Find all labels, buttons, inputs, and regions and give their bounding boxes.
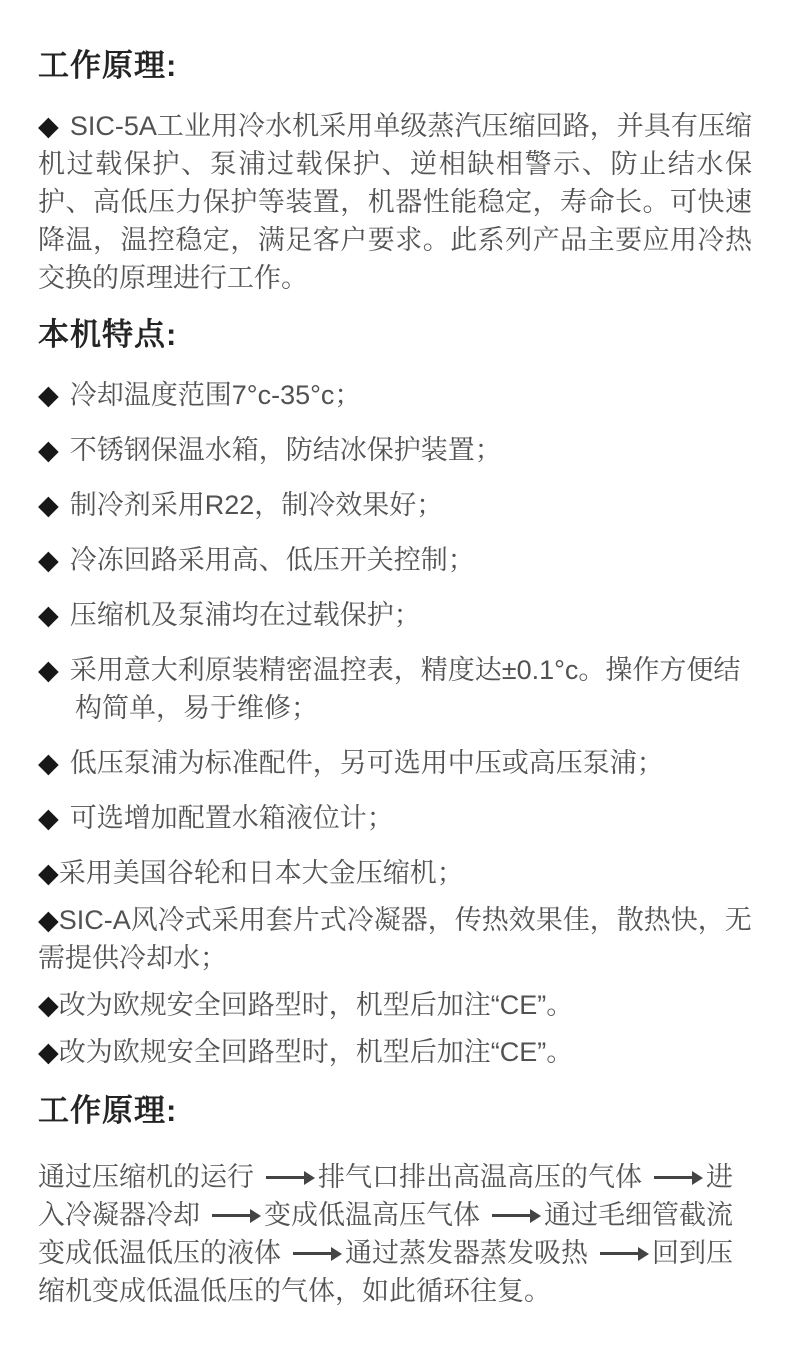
feature-text: 压缩机及泵浦均在过载保护； — [70, 600, 421, 630]
diamond-bullet-icon: ◆ — [38, 1037, 59, 1067]
section-heading-working-principle: 工作原理: — [38, 46, 752, 86]
diamond-bullet-icon: ◆ — [38, 803, 59, 833]
feature-item: ◆压缩机及泵浦均在过载保护； — [38, 596, 752, 634]
diamond-bullet-icon: ◆ — [38, 490, 59, 520]
right-arrow-icon — [492, 1214, 532, 1217]
diamond-bullet-icon: ◆ — [38, 990, 59, 1020]
features-list: ◆冷却温度范围7°c-35°c； ◆不锈钢保温水箱，防结冰保护装置； ◆制冷剂采… — [38, 376, 752, 1071]
diamond-bullet-icon: ◆ — [38, 905, 59, 935]
feature-text: 冷冻回路采用高、低压开关控制； — [70, 545, 475, 575]
section-heading-features: 本机特点: — [38, 315, 752, 355]
right-arrow-icon — [266, 1176, 306, 1179]
feature-item: ◆冷却温度范围7°c-35°c； — [38, 376, 752, 414]
feature-text: 采用意大利原装精密温控表，精度达±0.1°c。操作方便结构简单，易于维修； — [70, 655, 741, 723]
right-arrow-icon — [654, 1176, 694, 1179]
flow-step: 通过压缩机的运行 — [38, 1162, 254, 1192]
flow-step: 变成低温高压气体 — [264, 1200, 480, 1230]
flow-step: 排气口排出高温高压的气体 — [318, 1162, 642, 1192]
feature-item: ◆改为欧规安全回路型时，机型后加注“CE”。 — [38, 986, 752, 1024]
feature-item: ◆不锈钢保温水箱，防结冰保护装置； — [38, 431, 752, 469]
right-arrow-icon — [212, 1214, 252, 1217]
feature-text: 冷却温度范围7°c-35°c； — [70, 380, 362, 410]
feature-text: 不锈钢保温水箱，防结冰保护装置； — [70, 435, 502, 465]
product-description-page: 工作原理: ◆SIC-5A工业用冷水机采用单级蒸汽压缩回路，并具有压缩机过载保护… — [0, 0, 790, 1345]
working-principle-text: SIC-5A工业用冷水机采用单级蒸汽压缩回路，并具有压缩机过载保护、泵浦过载保护… — [38, 111, 752, 293]
feature-item: ◆改为欧规安全回路型时，机型后加注“CE”。 — [38, 1033, 752, 1071]
feature-item: ◆低压泵浦为标准配件，另可选用中压或高压泵浦； — [38, 744, 752, 782]
diamond-bullet-icon: ◆ — [38, 545, 59, 575]
feature-text: 采用美国谷轮和日本大金压缩机； — [59, 858, 464, 888]
feature-text: 改为欧规安全回路型时，机型后加注“CE”。 — [59, 990, 574, 1020]
right-arrow-icon — [293, 1252, 333, 1255]
right-arrow-icon — [600, 1252, 640, 1255]
feature-text: SIC-A风冷式采用套片式冷凝器，传热效果佳，散热快，无需提供冷却水； — [38, 905, 752, 973]
feature-item: ◆可选增加配置水箱液位计； — [38, 799, 752, 837]
diamond-bullet-icon: ◆ — [38, 748, 59, 778]
diamond-bullet-icon: ◆ — [38, 655, 59, 685]
diamond-bullet-icon: ◆ — [38, 380, 59, 410]
feature-item: ◆制冷剂采用R22，制冷效果好； — [38, 486, 752, 524]
diamond-bullet-icon: ◆ — [38, 111, 59, 141]
feature-text: 低压泵浦为标准配件，另可选用中压或高压泵浦； — [70, 748, 664, 778]
flow-step: 通过蒸发器蒸发吸热 — [345, 1238, 588, 1268]
refrigeration-cycle-flow: 通过压缩机的运行排气口排出高温高压的气体进入冷凝器冷却变成低温高压气体通过毛细管… — [38, 1158, 752, 1310]
diamond-bullet-icon: ◆ — [38, 858, 59, 888]
feature-item: ◆采用美国谷轮和日本大金压缩机； — [38, 854, 752, 892]
working-principle-paragraph: ◆SIC-5A工业用冷水机采用单级蒸汽压缩回路，并具有压缩机过载保护、泵浦过载保… — [38, 107, 752, 297]
feature-text: 制冷剂采用R22，制冷效果好； — [70, 490, 444, 520]
feature-text: 改为欧规安全回路型时，机型后加注“CE”。 — [59, 1037, 574, 1067]
feature-item: ◆采用意大利原装精密温控表，精度达±0.1°c。操作方便结构简单，易于维修； — [38, 651, 752, 727]
diamond-bullet-icon: ◆ — [38, 435, 59, 465]
section-heading-working-principle-2: 工作原理: — [38, 1091, 752, 1131]
feature-item: ◆SIC-A风冷式采用套片式冷凝器，传热效果佳，散热快，无需提供冷却水； — [38, 901, 752, 977]
feature-text: 可选增加配置水箱液位计； — [70, 803, 394, 833]
feature-item: ◆冷冻回路采用高、低压开关控制； — [38, 541, 752, 579]
diamond-bullet-icon: ◆ — [38, 600, 59, 630]
